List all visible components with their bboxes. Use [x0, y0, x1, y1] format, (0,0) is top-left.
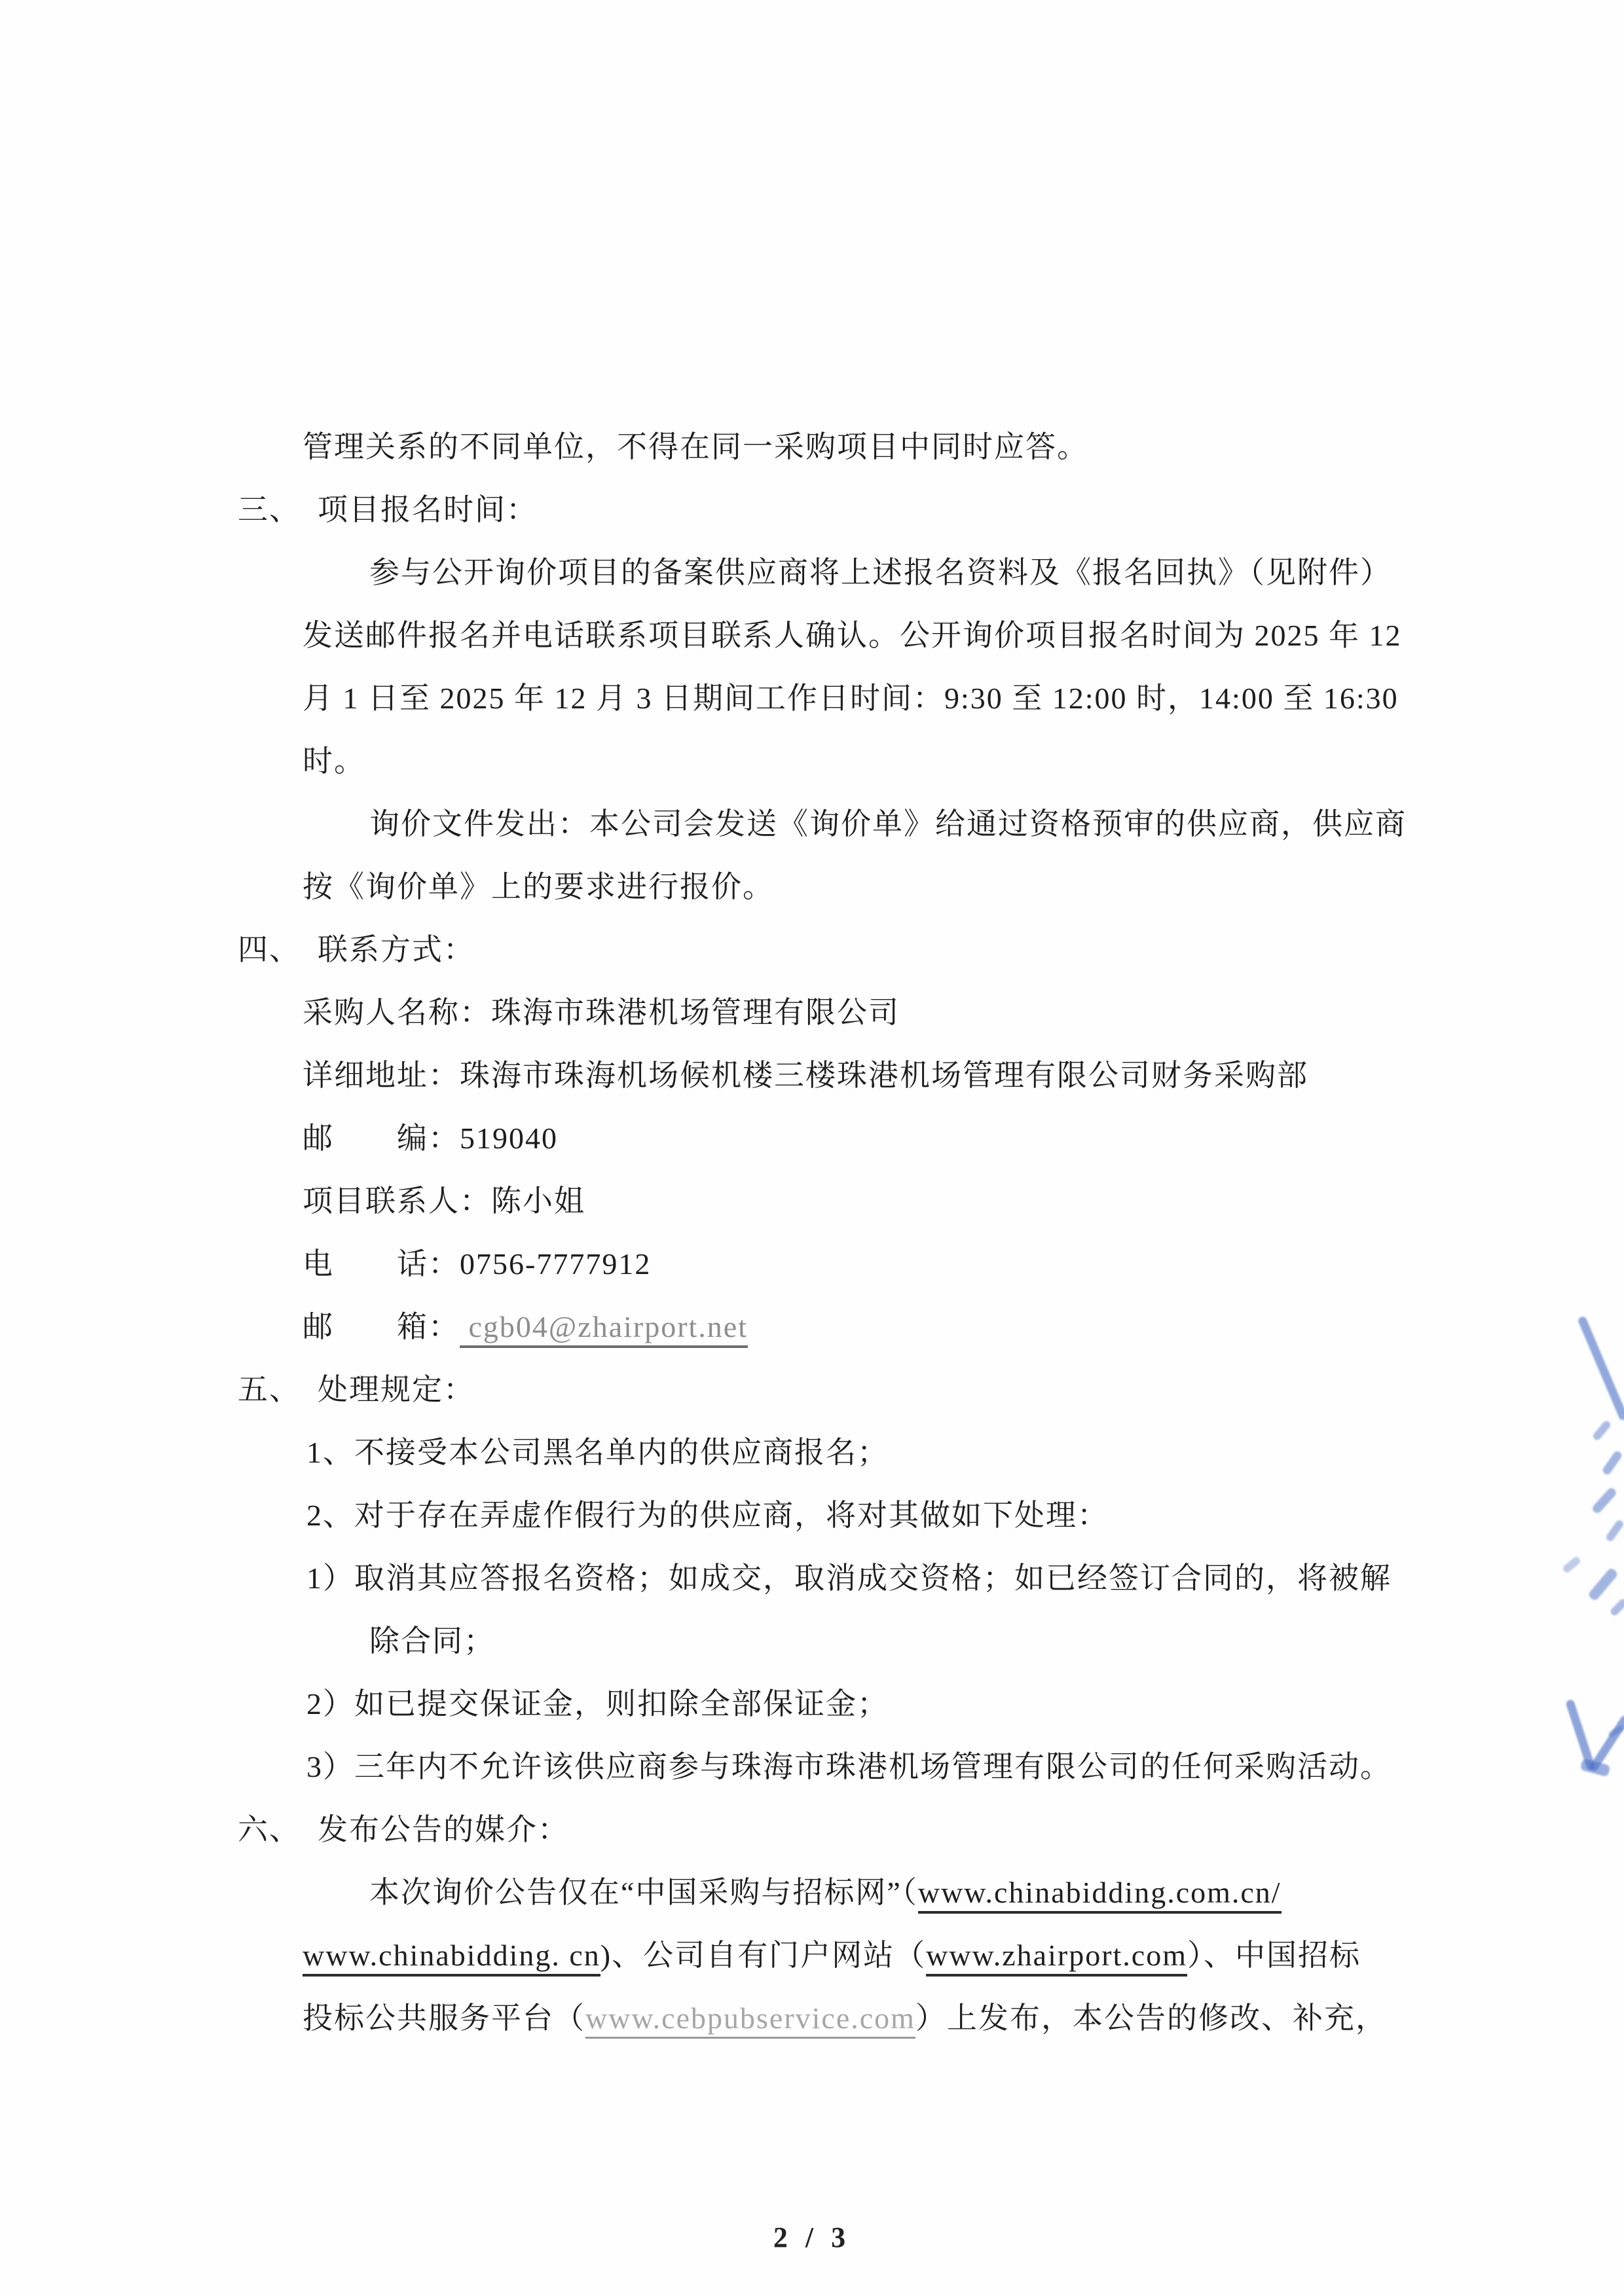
url-text: www.zhairport.com: [926, 1939, 1187, 1977]
text-line: 三、项目报名时间：: [0, 479, 1624, 541]
text-segment: ）、中国招标: [1187, 1939, 1361, 1972]
text-segment: 管理关系的不同单位，不得在同一采购项目中同时应答。: [303, 430, 1088, 464]
text-line: 电 话：0756-7777912: [0, 1233, 1624, 1296]
url-text: www.cebpubservice.com: [585, 2001, 915, 2039]
text-line: 详细地址：珠海市珠海机场候机楼三楼珠港机场管理有限公司财务采购部: [0, 1044, 1624, 1107]
text-line: 项目联系人：陈小姐: [0, 1170, 1624, 1233]
section-number: 四、: [238, 933, 301, 966]
text-line: 3）三年内不允许该供应商参与珠海市珠港机场管理有限公司的任何采购活动。: [0, 1736, 1624, 1798]
text-line: 月 1 日至 2025 年 12 月 3 日期间工作日时间：9:30 至 12:…: [0, 667, 1624, 730]
text-segment: 详细地址：珠海市珠海机场候机楼三楼珠港机场管理有限公司财务采购部: [303, 1059, 1308, 1092]
text-segment: 2、对于存在弄虚作假行为的供应商，将对其做如下处理：: [306, 1499, 1109, 1532]
text-line: 五、处理规定：: [0, 1358, 1624, 1421]
section-number: 五、: [238, 1373, 301, 1406]
text-line: 按《询价单》上的要求进行报价。: [0, 856, 1624, 919]
text-line: 采购人名称：珠海市珠港机场管理有限公司: [0, 981, 1624, 1044]
text-segment: 按《询价单》上的要求进行报价。: [303, 870, 774, 903]
text-segment: 邮 编：519040: [303, 1121, 558, 1155]
text-line: 2）如已提交保证金，则扣除全部保证金；: [0, 1673, 1624, 1736]
text-line: 邮 箱： cgb04@zhairport.net: [0, 1296, 1624, 1358]
text-segment: 投标公共服务平台（: [303, 2001, 585, 2035]
text-segment: 邮 箱：: [303, 1310, 460, 1343]
text-segment: 2）如已提交保证金，则扣除全部保证金；: [306, 1687, 889, 1721]
text-segment: 1）取消其应答报名资格；如成交，取消成交资格；如已经签订合同的，将被解: [306, 1561, 1392, 1595]
text-segment: 本次询价公告仅在“中国采购与招标网”（: [369, 1876, 918, 1909]
text-segment: 发送邮件报名并电话联系项目联系人确认。公开询价项目报名时间为 2025 年 12: [303, 619, 1402, 652]
text-segment: 1、不接受本公司黑名单内的供应商报名；: [306, 1436, 889, 1469]
text-line: 六、发布公告的媒介：: [0, 1798, 1624, 1861]
text-segment: 电 话：0756-7777912: [303, 1247, 651, 1281]
text-segment: 参与公开询价项目的备案供应商将上述报名资料及《报名回执》（见附件）: [369, 556, 1392, 589]
document-body: 管理关系的不同单位，不得在同一采购项目中同时应答。三、项目报名时间：参与公开询价…: [0, 416, 1624, 2050]
text-line: 邮 编：519040: [0, 1107, 1624, 1170]
text-segment: 项目报名时间：: [318, 493, 538, 526]
text-segment: ）上发布，本公告的修改、补充，: [915, 2001, 1387, 2035]
text-line: 询价文件发出：本公司会发送《询价单》给通过资格预审的供应商，供应商: [0, 793, 1624, 856]
text-line: 本次询价公告仅在“中国采购与招标网”（www.chinabidding.com.…: [0, 1861, 1624, 1924]
text-segment: 除合同；: [369, 1624, 495, 1658]
text-line: 投标公共服务平台（www.cebpubservice.com）上发布，本公告的修…: [0, 1987, 1624, 2050]
text-segment: 3）三年内不允许该供应商参与珠海市珠港机场管理有限公司的任何采购活动。: [306, 1750, 1392, 1783]
text-line: 时。: [0, 730, 1624, 793]
text-segment: 联系方式：: [318, 933, 475, 966]
text-segment: 项目联系人：陈小姐: [303, 1184, 585, 1218]
text-segment: 处理规定：: [318, 1373, 475, 1406]
text-line: www.chinabidding. cn)、公司自有门户网站（www.zhair…: [0, 1924, 1624, 1987]
text-line: 1、不接受本公司黑名单内的供应商报名；: [0, 1421, 1624, 1484]
page-number: 2 / 3: [0, 2221, 1624, 2254]
document-page: 管理关系的不同单位，不得在同一采购项目中同时应答。三、项目报名时间：参与公开询价…: [0, 0, 1624, 2296]
text-line: 发送邮件报名并电话联系项目联系人确认。公开询价项目报名时间为 2025 年 12: [0, 604, 1624, 667]
text-segment: 采购人名称：珠海市珠港机场管理有限公司: [303, 996, 900, 1029]
text-segment: 询价文件发出：本公司会发送《询价单》给通过资格预审的供应商，供应商: [369, 807, 1407, 841]
text-line: 参与公开询价项目的备案供应商将上述报名资料及《报名回执》（见附件）: [0, 541, 1624, 604]
section-number: 三、: [238, 493, 301, 526]
text-line: 除合同；: [0, 1610, 1624, 1673]
text-line: 管理关系的不同单位，不得在同一采购项目中同时应答。: [0, 416, 1624, 479]
text-segment: 时。: [303, 744, 365, 778]
text-line: 1）取消其应答报名资格；如成交，取消成交资格；如已经签订合同的，将被解: [0, 1547, 1624, 1610]
text-segment: 月 1 日至 2025 年 12 月 3 日期间工作日时间：9:30 至 12:…: [303, 682, 1399, 715]
url-text: www.chinabidding.com.cn/: [918, 1876, 1282, 1914]
text-segment: 发布公告的媒介：: [318, 1813, 569, 1846]
text-line: 2、对于存在弄虚作假行为的供应商，将对其做如下处理：: [0, 1484, 1624, 1547]
text-segment: )、公司自有门户网站（: [600, 1939, 926, 1972]
url-text: www.chinabidding. cn: [303, 1939, 600, 1977]
section-number: 六、: [238, 1813, 301, 1846]
email-text: cgb04@zhairport.net: [460, 1310, 748, 1348]
text-line: 四、联系方式：: [0, 919, 1624, 981]
